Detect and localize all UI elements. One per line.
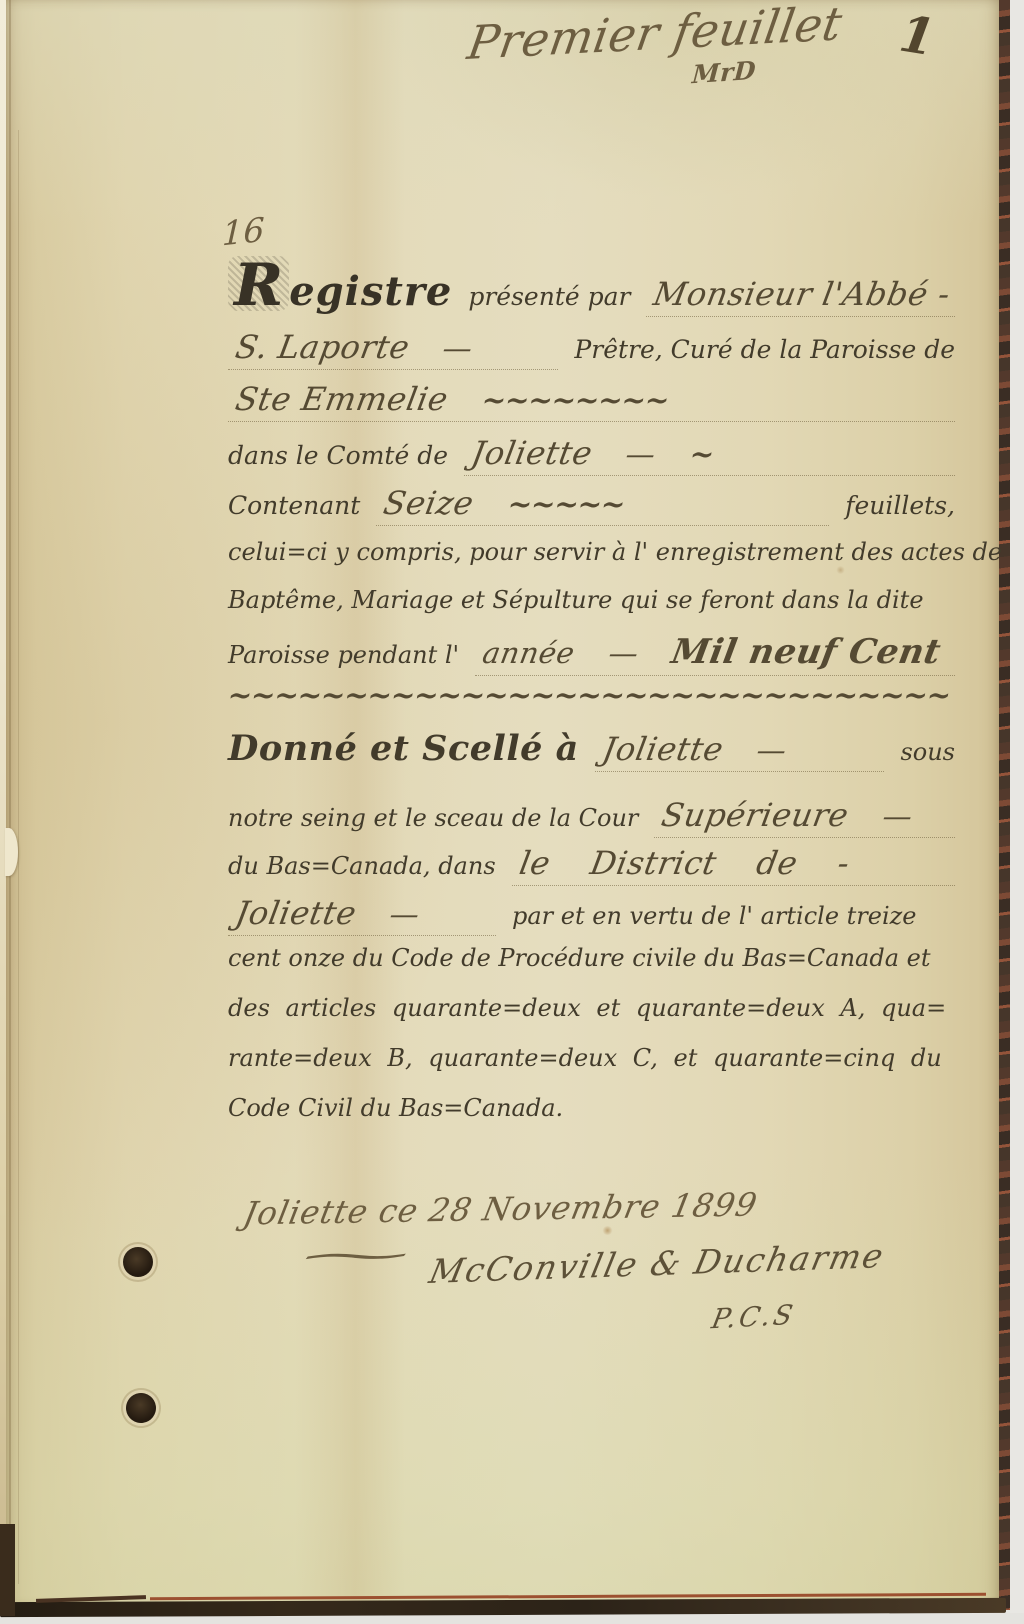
priest-name-entry: S. Laporte: [233, 328, 413, 366]
district-blank-line: le District de -: [512, 844, 955, 886]
donne-scelle-label: Donné et Scellé à: [228, 728, 579, 769]
year-line: Paroisse pendant l' année — Mil neuf Cen…: [228, 632, 955, 676]
legal-line-2: cent onze du Code de Procédure civile du…: [228, 944, 955, 972]
court-blank-line: Supérieure —: [654, 796, 955, 838]
sous-label: sous: [900, 738, 955, 766]
scanned-register-page: Premier feuillet MrD 1 16 Registre prése…: [0, 0, 1024, 1624]
folio-count-line: Contenant Seize ~~~~~ feuillets,: [228, 484, 955, 526]
folios-word-label: feuillets,: [845, 491, 955, 520]
book-spine-corner: [0, 1524, 15, 1616]
containing-label: Contenant: [228, 491, 360, 520]
folio-count-blank-line: Seize ~~~~~: [376, 484, 829, 526]
decorative-initial-icon: R: [228, 256, 289, 311]
vertu-label: par et en vertu de l' article treize: [512, 902, 917, 930]
court-name-entry: Supérieure: [659, 796, 852, 834]
foxing-spot: [836, 566, 845, 574]
parish-blank-line: Ste Emmelie ~~~~~~~~: [228, 380, 955, 422]
seing-label: notre seing et le sceau de la Cour: [228, 804, 638, 832]
clause-line-2: Baptême, Mariage et Sépulture qui se fer…: [228, 586, 955, 614]
county-label: dans le Comté de: [228, 441, 448, 470]
page-crease: [18, 130, 19, 1584]
year-value-entry: Mil neuf Cent: [669, 632, 945, 672]
dash-mark: —: [440, 331, 475, 365]
presented-by-label: présenté par: [468, 282, 630, 311]
legal-line-5: Code Civil du Bas=Canada.: [228, 1094, 955, 1122]
county-line: dans le Comté de Joliette — ~: [228, 434, 955, 476]
district-place-blank-line: Joliette —: [228, 894, 496, 936]
page-crease: [9, 0, 11, 1554]
clause-text: Baptême, Mariage et Sépulture qui se fer…: [228, 586, 924, 614]
year-word-entry: année: [480, 636, 577, 670]
signature-title: P.C.S: [709, 1300, 798, 1336]
seal-place-entry: Joliette: [599, 730, 726, 768]
dash-mark: —: [623, 437, 658, 471]
book-marbled-edge: [999, 0, 1010, 1610]
priest-title-label: Prêtre, Curé de la Paroisse de: [574, 335, 955, 364]
legal-line-3: des articles quarante=deux et quarante=d…: [228, 994, 955, 1022]
vertu-line: Joliette — par et en vertu de l' article…: [228, 894, 955, 936]
parish-name-entry: Ste Emmelie: [233, 380, 451, 418]
flourish-wave-long: ~~~~~~~~~~~~~~~~~~~~~~~~~~~~~~~~~~~~~~~~: [225, 678, 951, 712]
legal-text: cent onze du Code de Procédure civile du…: [228, 944, 931, 972]
clause-text: celui=ci y compris, pour servir à l' enr…: [228, 538, 1002, 566]
clause-line-1: celui=ci y compris, pour servir à l' enr…: [228, 538, 955, 566]
clause-text: Paroisse pendant l': [228, 641, 459, 669]
registre-word: Registre: [228, 256, 452, 315]
corner-note: 16: [221, 210, 265, 254]
previous-pages-edge: [0, 0, 6, 1608]
legal-text: des articles quarante=deux et quarante=d…: [228, 994, 946, 1022]
district-line: du Bas=Canada, dans le District de -: [228, 844, 955, 886]
place-blank-line: Joliette —: [595, 730, 885, 772]
bas-canada-label: du Bas=Canada, dans: [228, 852, 496, 880]
legal-line-4: rante=deux B, quarante=deux C, et quaran…: [228, 1044, 955, 1072]
flourish-wave: ~~~~~: [505, 487, 627, 521]
court-line: notre seing et le sceau de la Cour Supér…: [228, 796, 955, 838]
priest-name-blank-line: S. Laporte —: [228, 328, 558, 370]
dash-mark: —: [754, 733, 789, 767]
flourish-wave: ~~~~~~~~: [479, 383, 671, 417]
priest-line: S. Laporte — Prêtre, Curé de la Paroisse…: [228, 328, 955, 370]
district-place-entry: Joliette: [233, 894, 360, 932]
district-entry: le District de -: [516, 844, 852, 882]
dash-mark: —: [606, 636, 641, 670]
folio-count-entry: Seize: [381, 484, 477, 522]
foxing-spot: [602, 1226, 613, 1235]
dash-mark: —: [880, 799, 915, 833]
presenter-blank-line: Monsieur l'Abbé -: [646, 275, 955, 317]
separator-flourish-line: ~~~~~~~~~~~~~~~~~~~~~~~~~~~~~~~~~~~~~~~~: [228, 678, 955, 712]
legal-text: rante=deux B, quarante=deux C, et quaran…: [228, 1044, 942, 1072]
registre-heading-line: Registre présenté par Monsieur l'Abbé -: [228, 256, 955, 317]
presenter-entry: Monsieur l'Abbé -: [651, 275, 954, 313]
legal-text: Code Civil du Bas=Canada.: [228, 1094, 563, 1122]
flourish-wave: ~: [687, 437, 716, 471]
dash-mark: —: [387, 897, 422, 931]
sealed-at-line: Donné et Scellé à Joliette — sous: [228, 728, 955, 772]
punch-hole: [123, 1247, 153, 1277]
year-blank-line: année — Mil neuf Cent: [475, 632, 955, 676]
clerk-monogram: MrD: [691, 56, 757, 90]
parish-line: Ste Emmelie ~~~~~~~~: [228, 380, 955, 422]
county-name-entry: Joliette: [469, 434, 596, 472]
county-blank-line: Joliette — ~: [464, 434, 955, 476]
registre-word-rest: egistre: [289, 268, 452, 315]
scanner-background: [1010, 0, 1024, 1624]
